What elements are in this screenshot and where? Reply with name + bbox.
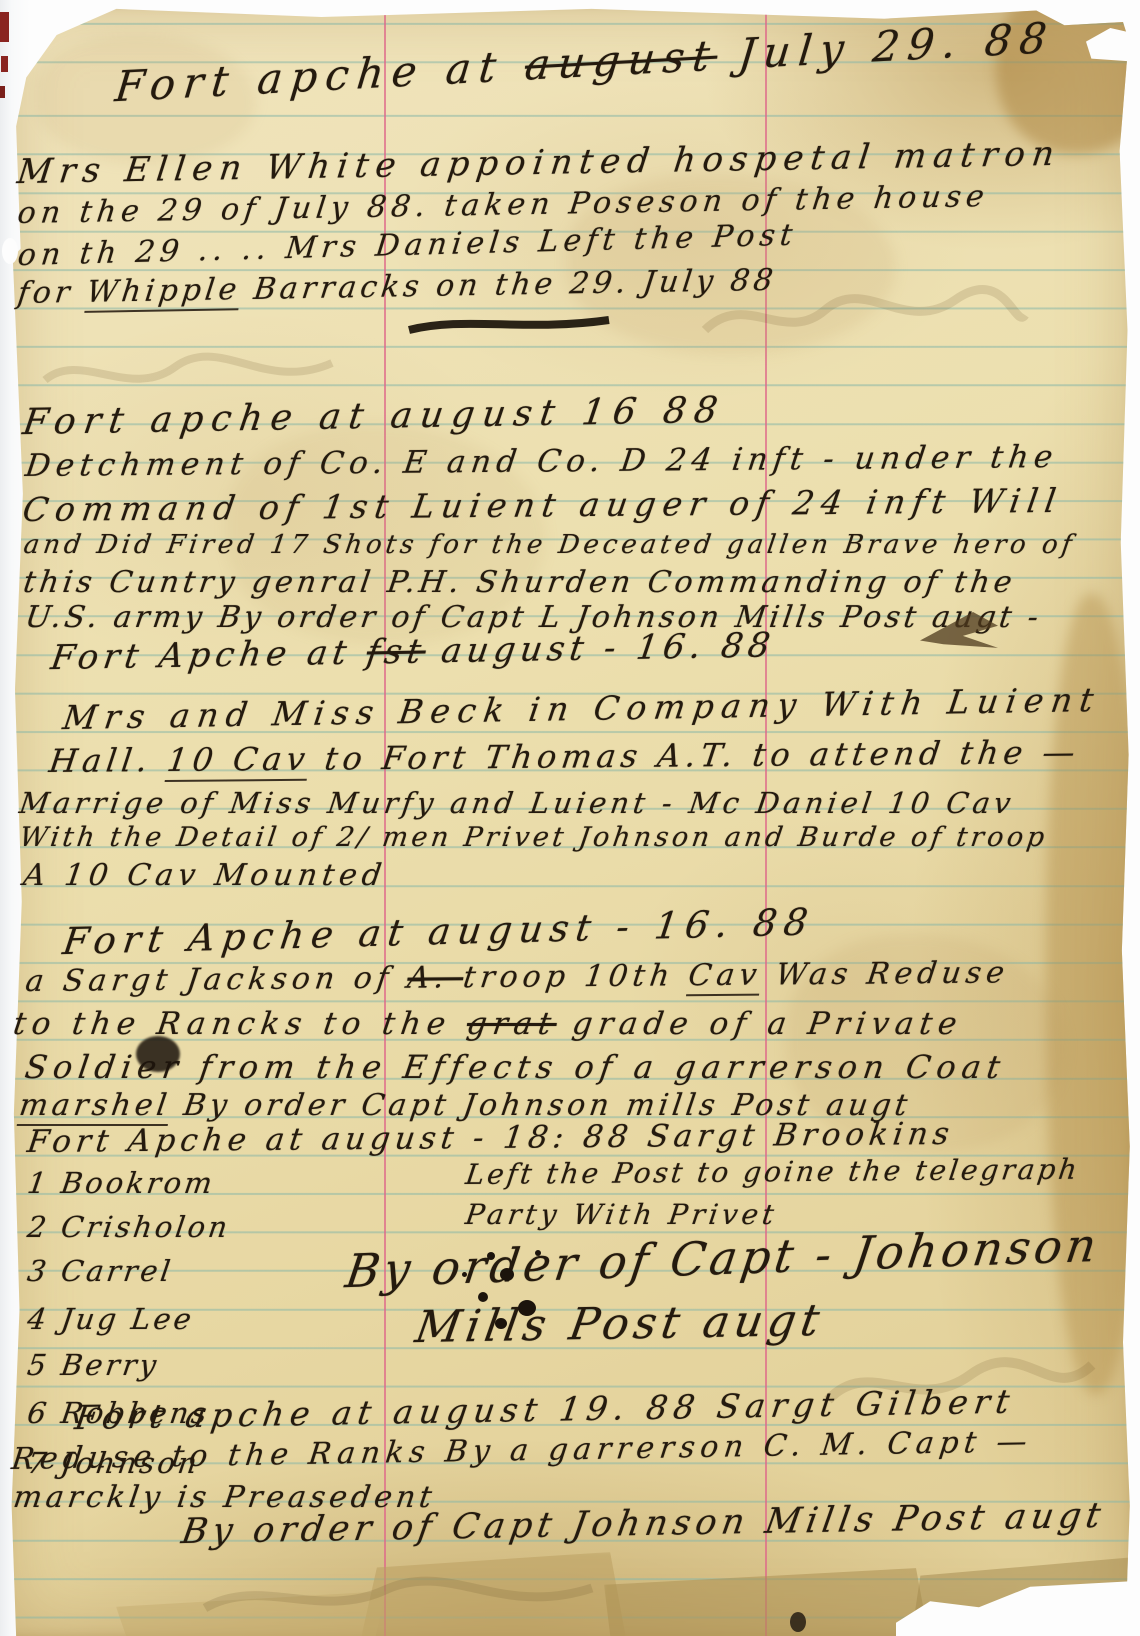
entry-5-order-line-2: Mills Post augt — [412, 1295, 828, 1353]
roster-item-4: 4 Jug Lee — [25, 1302, 196, 1336]
entry-2-line-3: and Did Fired 17 Shots for the Deceated … — [22, 530, 1078, 560]
entry-3-line-5: A 10 Cav Mounted — [21, 858, 389, 893]
bleed-through-writing — [200, 1568, 600, 1628]
roster-item-5: 5 Berry — [25, 1348, 161, 1382]
roster-item-2: 2 Crisholon — [25, 1210, 232, 1244]
tear-left-notch — [2, 238, 18, 264]
binding-mark-3 — [0, 86, 5, 98]
binding-mark-1 — [0, 12, 9, 42]
roster-item-3: 3 Carrel — [25, 1254, 175, 1288]
entry-3-line-4: With the Detail of 2/ men Privet Johnson… — [18, 822, 1050, 853]
entry-5-note-2: Party With Privet — [463, 1198, 780, 1231]
entry-3-line-3: Marrige of Miss Murfy and Luient - Mc Da… — [17, 786, 1017, 820]
binding-mark-2 — [1, 56, 8, 72]
entry-5-note-1: Left the Post to goine the telegraph — [464, 1153, 1082, 1191]
entry-2-line-4: this Cuntry genral P.H. Shurden Commandi… — [21, 565, 1018, 600]
ink-blot-bottom — [790, 1612, 806, 1632]
ink-blot-large — [136, 1036, 180, 1072]
ink-strike-flourish — [405, 312, 615, 338]
scanned-document-page: Fort apche at august July 29. 88 Mrs Ell… — [0, 0, 1140, 1636]
roster-item-1: 1 Bookrom — [25, 1166, 217, 1200]
bleed-through-writing — [40, 345, 340, 405]
